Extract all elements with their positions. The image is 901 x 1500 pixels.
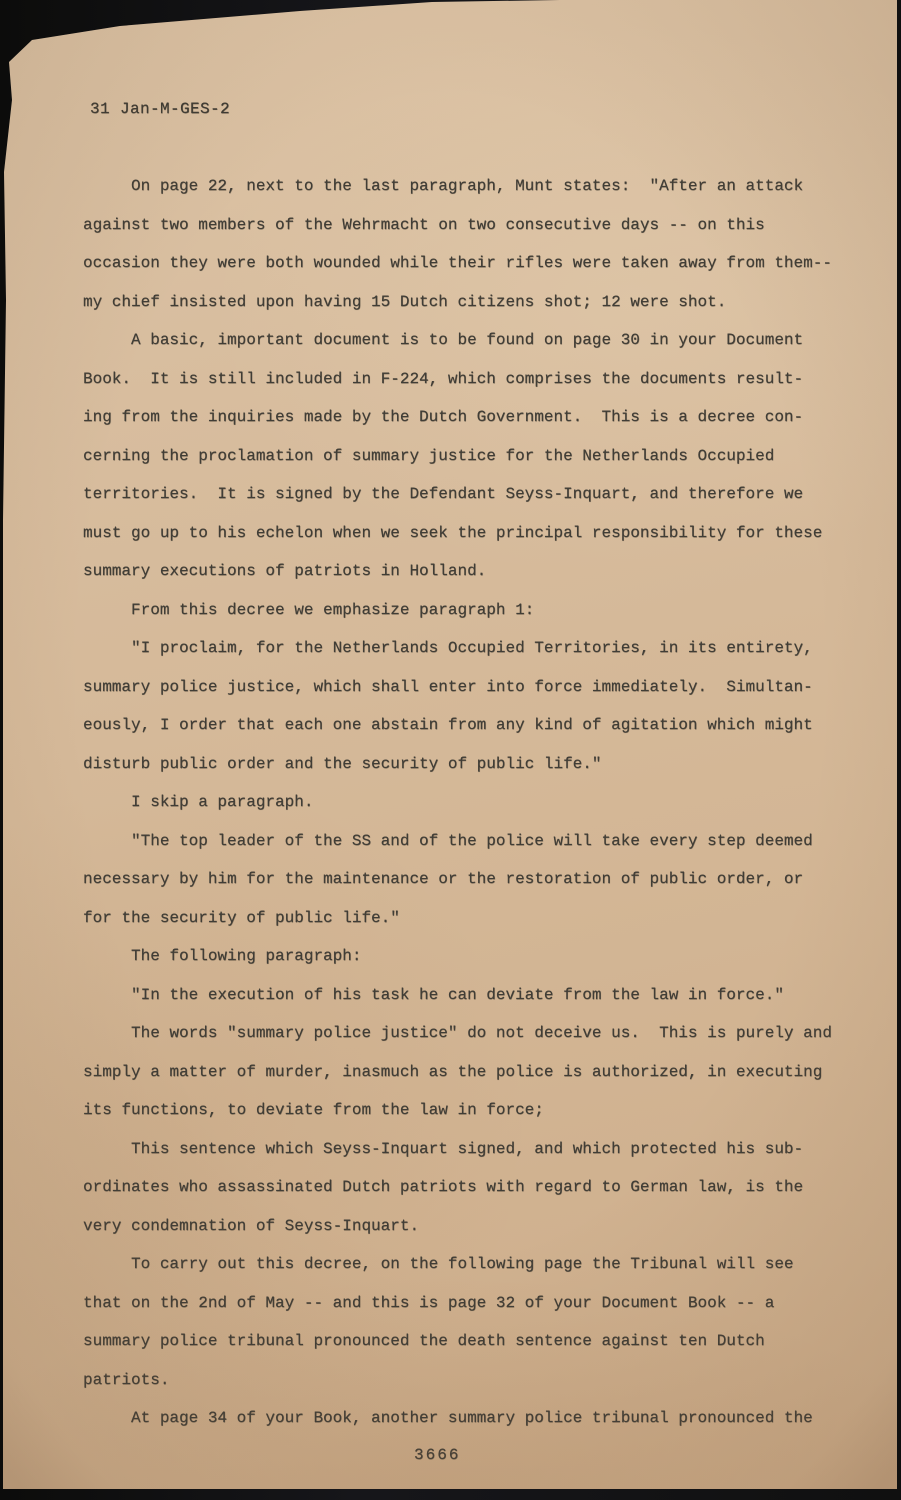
paragraph: The words "summary police justice" do no… xyxy=(83,1014,873,1130)
paragraph: "I proclaim, for the Netherlands Occupie… xyxy=(83,629,873,783)
document-body: On page 22, next to the last paragraph, … xyxy=(83,167,873,1438)
document-header: 31 Jan-M-GES-2 xyxy=(90,100,230,118)
page-number: 3666 xyxy=(414,1446,460,1464)
paragraph: From this decree we emphasize paragraph … xyxy=(83,591,873,630)
paragraph: The following paragraph: xyxy=(83,937,873,976)
paragraph: On page 22, next to the last paragraph, … xyxy=(83,167,873,321)
paragraph: "The top leader of the SS and of the pol… xyxy=(83,822,873,938)
paragraph: A basic, important document is to be fou… xyxy=(83,321,873,591)
paragraph: This sentence which Seyss-Inquart signed… xyxy=(83,1130,873,1246)
paragraph: To carry out this decree, on the followi… xyxy=(83,1245,873,1399)
paragraph: At page 34 of your Book, another summary… xyxy=(83,1399,873,1438)
paragraph: I skip a paragraph. xyxy=(83,783,873,822)
paragraph: "In the execution of his task he can dev… xyxy=(83,976,873,1015)
